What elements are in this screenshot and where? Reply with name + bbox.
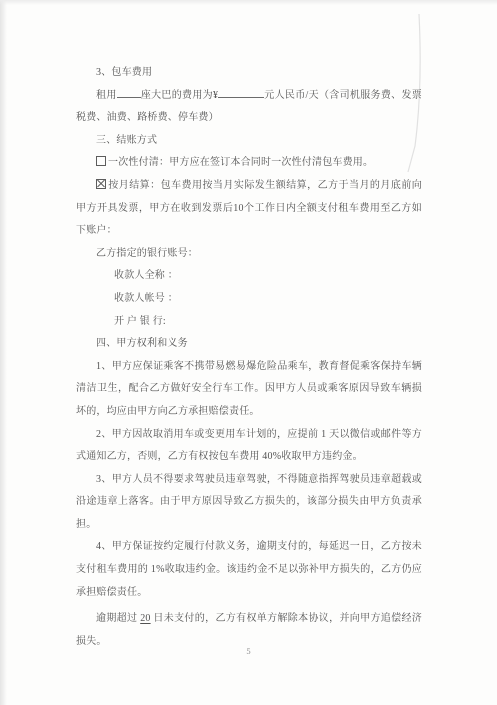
bank-branch-field: 开 户 银 行: xyxy=(76,311,422,334)
checkbox-checked-icon xyxy=(96,179,106,189)
clause-2: 2、甲方因故取消用车或变更用车计划的，应提前 1 天以微信或邮件等方式通知乙方，… xyxy=(76,424,422,469)
text-run: 3、包车费用 xyxy=(96,67,152,78)
fee-blank-line: 租用座大巴的费用为¥元人民币/天（含司机服务费、发票税费、油费、路桥费、停车费） xyxy=(76,85,422,130)
checkbox-unchecked-icon xyxy=(96,156,106,166)
option-pay-monthly: 按月结算：包车费用按当月实际发生额结算，乙方于当月的月底前向甲方开具发票，甲方在… xyxy=(76,175,422,243)
text-run: 乙方指定的银行账号： xyxy=(96,248,198,259)
text-run: 开 户 银 行: xyxy=(114,316,166,327)
blank-underline xyxy=(117,88,141,98)
text-run: 一次性付清：甲方应在签订本合同时一次性付清包车费用。 xyxy=(108,157,373,168)
bank-account-intro: 乙方指定的银行账号： xyxy=(76,243,422,266)
blank-underline xyxy=(218,88,264,98)
text-run: 1、甲方应保证乘客不携带易燃易爆危险品乘车，教育督促乘客保持车辆清洁卫生，配合乙… xyxy=(76,361,422,417)
section-party-a-heading: 四、甲方权利和义务 xyxy=(76,333,422,356)
section-settlement-heading: 三、结账方式 xyxy=(76,130,422,153)
text-run: 收款人全称 ： xyxy=(114,270,178,281)
page-number: 5 xyxy=(0,644,497,658)
text-run: 租用 xyxy=(96,90,117,101)
text-run: 20 xyxy=(140,613,150,624)
text-run: 三、结账方式 xyxy=(96,135,157,146)
text-run: 按月结算：包车费用按当月实际发生额结算，乙方于当月的月底前向甲方开具发票，甲方在… xyxy=(76,180,422,236)
payee-name-field: 收款人全称 ： xyxy=(76,265,422,288)
clause-4: 4、甲方保证按约定履行付款义务，逾期支付的，每延迟一日，乙方按未支付租车费用的 … xyxy=(76,536,422,604)
text-run: 座大巴的费用为¥ xyxy=(141,90,219,101)
clause-1: 1、甲方应保证乘客不携带易燃易爆危险品乘车，教育督促乘客保持车辆清洁卫生，配合乙… xyxy=(76,356,422,424)
option-pay-once: 一次性付清：甲方应在签订本合同时一次性付清包车费用。 xyxy=(76,152,422,175)
text-run: 逾期超过 xyxy=(96,613,140,624)
text-run: 2、甲方因故取消用车或变更用车计划的，应提前 1 天以微信或邮件等方式通知乙方，… xyxy=(76,429,422,463)
item-bus-fee-heading: 3、包车费用 xyxy=(76,62,422,85)
page-edge-shadow-top xyxy=(0,0,497,5)
text-run: 收款人帐号 ： xyxy=(114,293,178,304)
page-edge-shadow-left xyxy=(0,0,7,705)
text-run: 四、甲方权利和义务 xyxy=(96,338,188,349)
contract-body: 3、包车费用租用座大巴的费用为¥元人民币/天（含司机服务费、发票税费、油费、路桥… xyxy=(76,62,422,653)
scanned-contract-page: 3、包车费用租用座大巴的费用为¥元人民币/天（含司机服务费、发票税费、油费、路桥… xyxy=(0,0,497,705)
clause-3: 3、甲方人员不得要求驾驶员违章驾驶，不得随意指挥驾驶员违章超载或沿途违章上落客。… xyxy=(76,469,422,537)
payee-account-field: 收款人帐号 ： xyxy=(76,288,422,311)
text-run: 3、甲方人员不得要求驾驶员违章驾驶，不得随意指挥驾驶员违章超载或沿途违章上落客。… xyxy=(76,474,422,530)
text-run: 4、甲方保证按约定履行付款义务，逾期支付的，每延迟一日，乙方按未支付租车费用的 … xyxy=(76,541,422,597)
